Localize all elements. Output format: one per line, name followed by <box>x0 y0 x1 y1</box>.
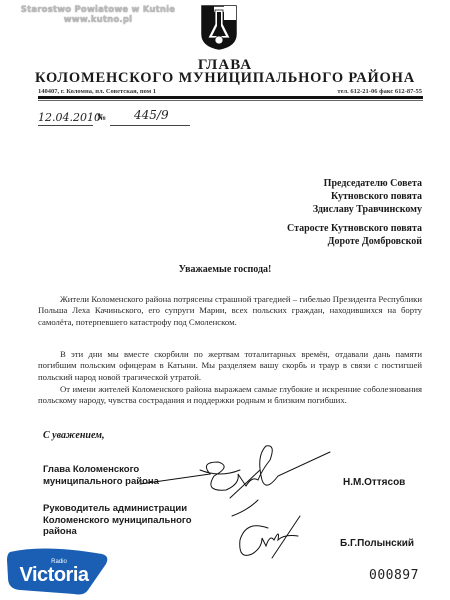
watermark-url: www.kutno.pl <box>18 15 178 25</box>
signatory-1-name: Н.М.Оттясов <box>343 477 405 488</box>
greeting: Уважаемые господа! <box>0 264 450 275</box>
letterhead-address: 140407, г. Коломна, пл. Советская, пом 1 <box>38 88 156 95</box>
title-line: Коломенского муниципального <box>43 515 192 527</box>
body-paragraph-3: От имени жителей Коломенского района выр… <box>38 384 422 407</box>
letterhead-subtitle: КОЛОМЕНСКОГО МУНИЦИПАЛЬНОГО РАЙОНА <box>0 70 450 87</box>
title-line: Руководитель администрации <box>43 503 192 515</box>
logo-victoria-text: Victoria <box>20 564 90 586</box>
recipient-1: Председателю Совета Кутновского повята З… <box>313 177 422 216</box>
document-serial-number: 000897 <box>369 568 419 583</box>
paragraph-text: Жители Коломенского района потрясены стр… <box>38 294 422 328</box>
closing: С уважением, <box>43 430 105 441</box>
recipient-line: Дороте Домбровской <box>287 235 422 248</box>
recipient-2: Старосте Кутновского повята Дороте Домбр… <box>287 222 422 248</box>
signature-2-icon <box>232 500 300 558</box>
letterhead-divider-thin <box>38 100 423 101</box>
paragraph-text: В эти дни мы вместе скорбили по жертвам … <box>38 349 422 383</box>
title-line: района <box>43 526 192 538</box>
watermark-line-1: Starostwo Powiatowe w Kutnie <box>18 5 178 15</box>
paragraph-text: От имени жителей Коломенского района выр… <box>38 384 422 407</box>
signature-1-icon <box>140 446 330 498</box>
letter-number: 445/9 <box>134 108 169 122</box>
recipient-line: Председателю Совета <box>313 177 422 190</box>
title-line: муниципального района <box>43 476 159 488</box>
number-label: № <box>97 112 106 122</box>
watermark: Starostwo Powiatowe w Kutnie www.kutno.p… <box>18 5 178 25</box>
date-underline <box>38 125 93 126</box>
body-paragraph-1: Жители Коломенского района потрясены стр… <box>38 294 422 328</box>
letterhead-contacts: тел. 612-21-06 факс 612-87-55 <box>337 88 422 95</box>
signatory-2-title: Руководитель администрации Коломенского … <box>43 503 192 538</box>
recipient-line: Здиславу Травчинскому <box>313 203 422 216</box>
title-line: Глава Коломенского <box>43 464 159 476</box>
signatory-1-title: Глава Коломенского муниципального района <box>43 464 159 487</box>
coat-of-arms-icon <box>200 4 238 50</box>
body-paragraph-2: В эти дни мы вместе скорбили по жертвам … <box>38 349 422 383</box>
number-underline <box>110 125 190 126</box>
letterhead-divider <box>38 96 423 99</box>
letter-date: 12.04.2010 <box>38 111 101 124</box>
signatory-2-name: Б.Г.Полынский <box>340 538 414 549</box>
radio-victoria-logo: Radio Victoria <box>4 546 110 598</box>
recipient-line: Старосте Кутновского повята <box>287 222 422 235</box>
recipient-line: Кутновского повята <box>313 190 422 203</box>
